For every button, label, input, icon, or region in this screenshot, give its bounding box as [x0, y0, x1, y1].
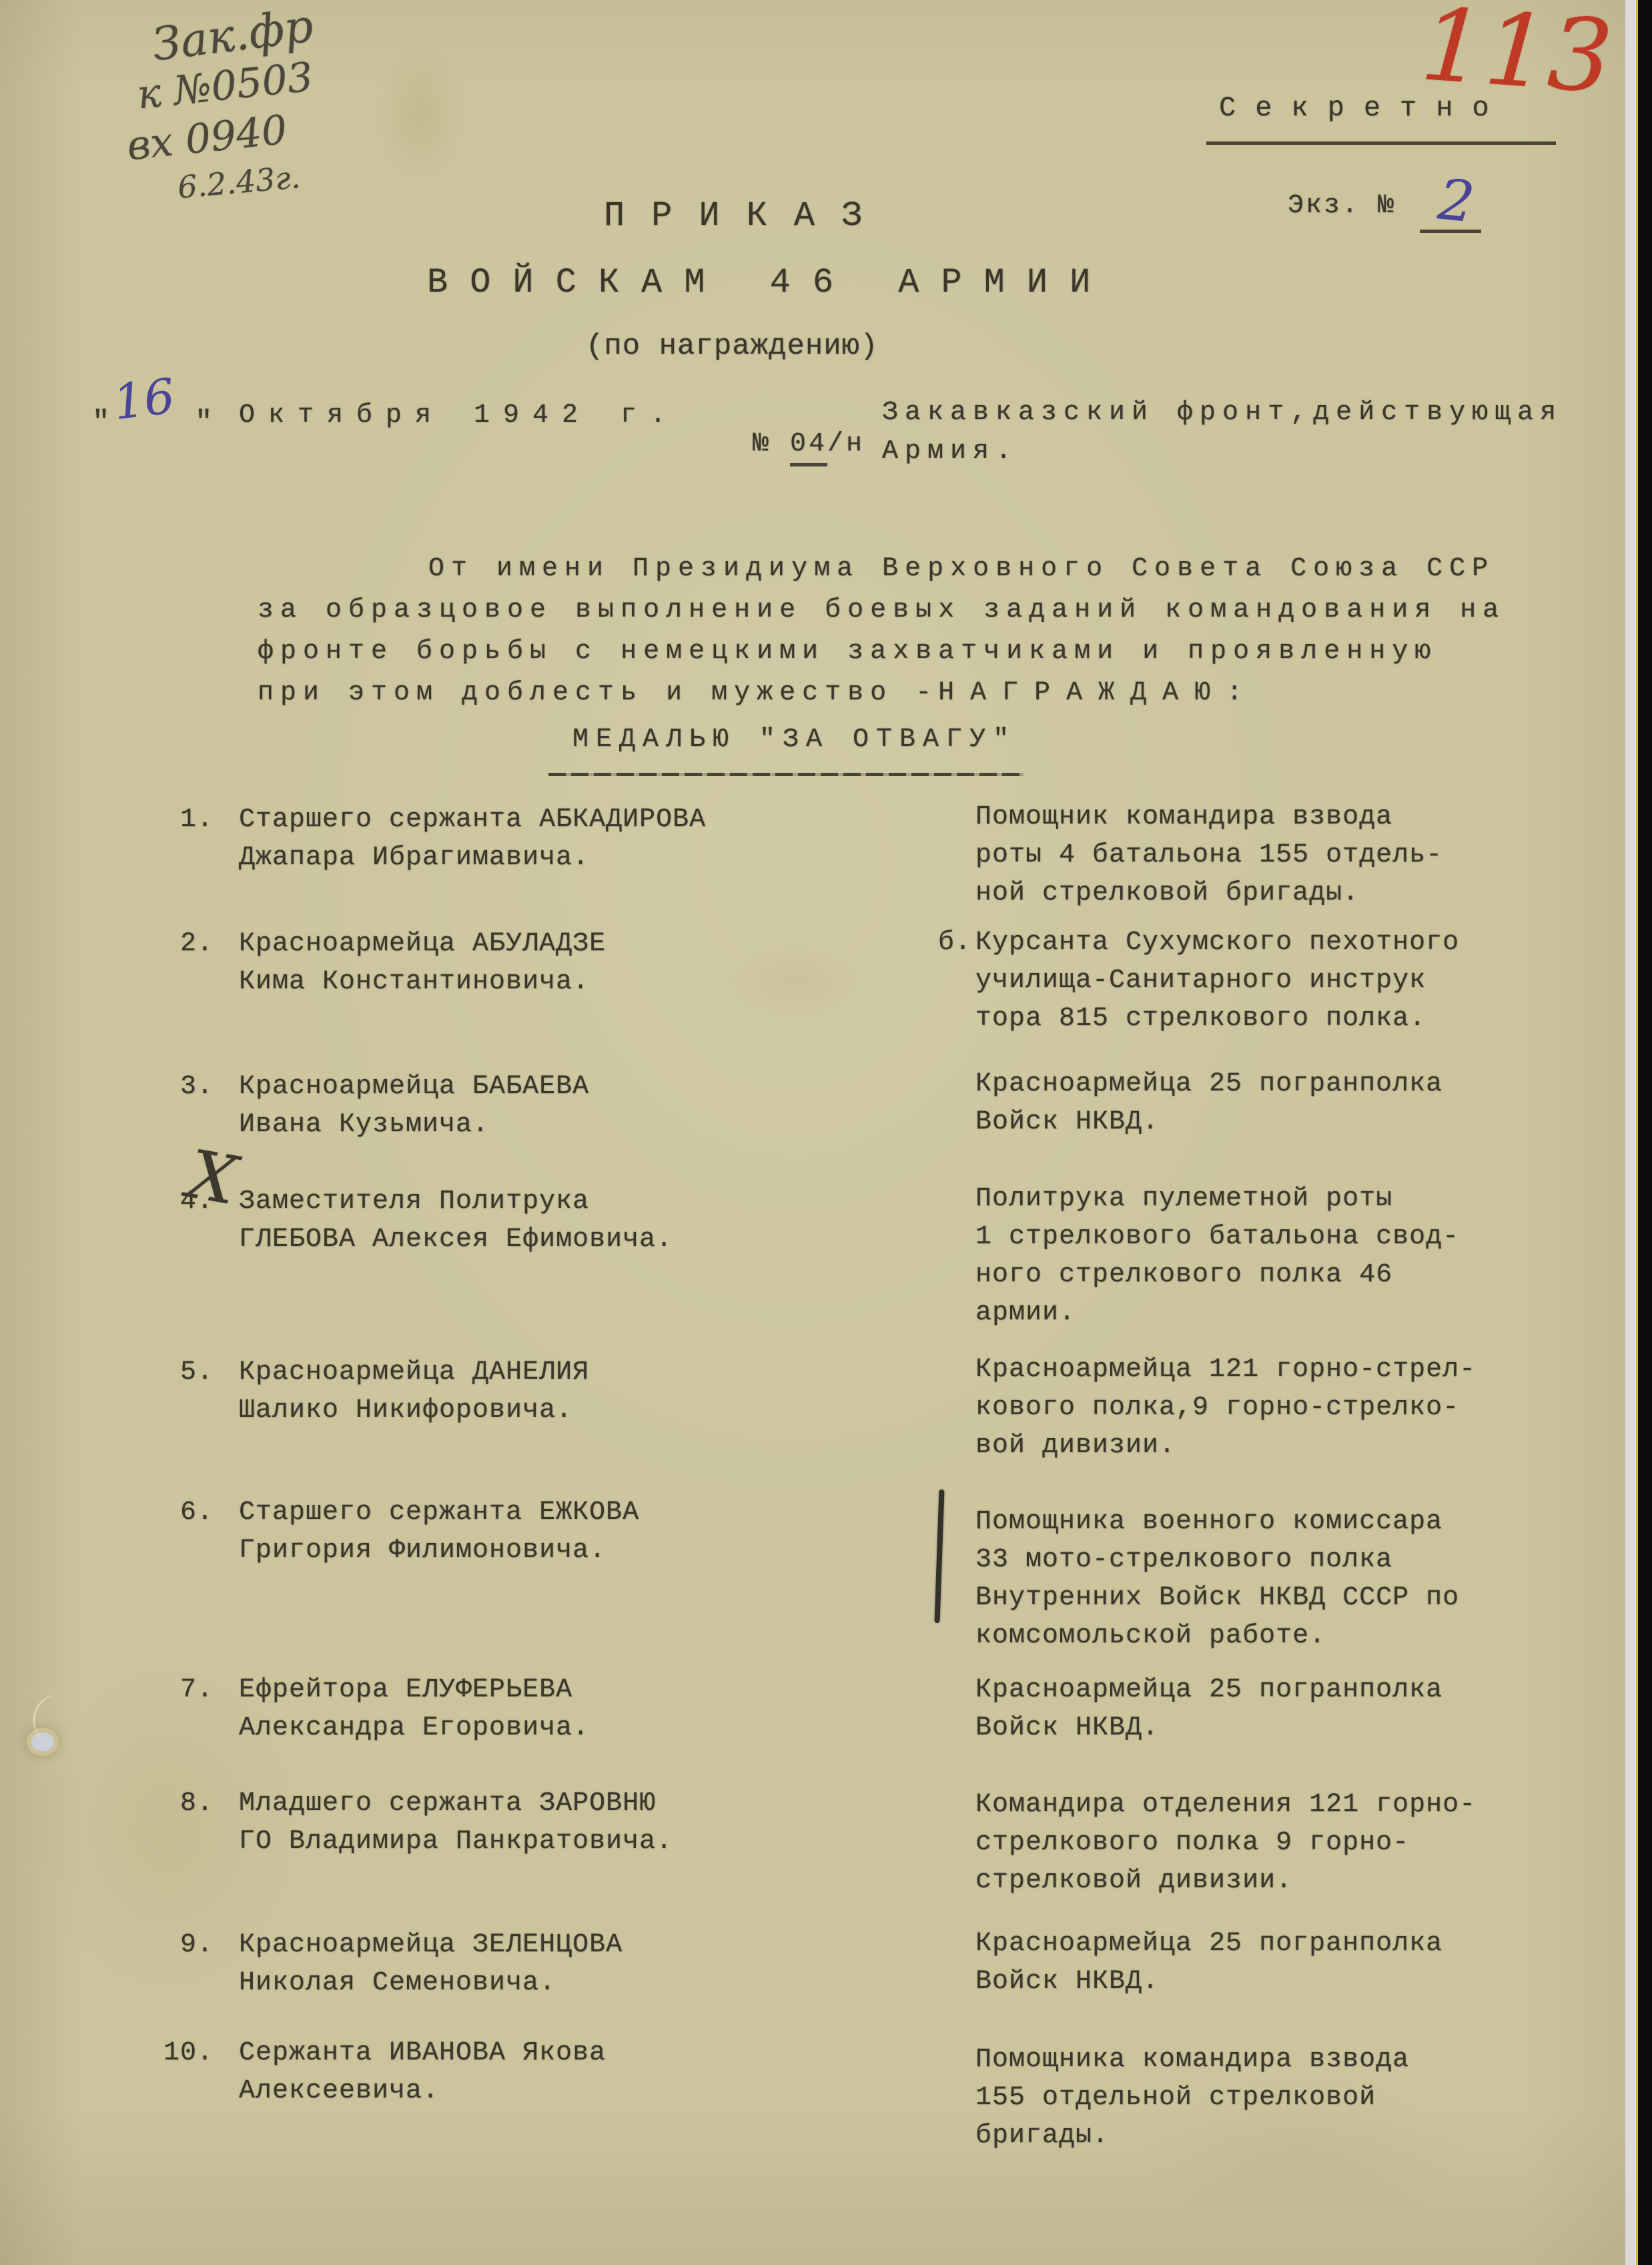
paper-stain	[374, 40, 467, 187]
award-entry-10-recipient: 10.Сержанта ИВАНОВА Якова Алексеевича.	[163, 2034, 831, 2110]
entry-name: Красноармейца ЗЕЛЕНЦОВА Николая Семенови…	[239, 1926, 847, 2002]
award-entry-9-recipient: 9.Красноармейца ЗЕЛЕНЦОВА Николая Семено…	[180, 1926, 847, 2002]
margin-stroke	[935, 1490, 945, 1623]
entry-name: Красноармейца АБУЛАДЗЕ Кима Константинов…	[239, 925, 847, 1001]
award-entry-6-position: Помощника военного комиссара 33 мото-стр…	[975, 1503, 1603, 1655]
entry-name: Старшего сержанта ЕЖКОВА Григория Филимо…	[239, 1494, 847, 1570]
entry-name: Младшего сержанта ЗАРОВНЮ ГО Владимира П…	[239, 1785, 847, 1861]
award-entry-4-recipient: 4.Заместителя Политрука ГЛЕБОВА Алексея …	[180, 1183, 847, 1259]
preamble-text: От имени Президиума Верховного Совета Со…	[258, 554, 1505, 708]
entry-number: 10.	[163, 2034, 239, 2110]
entry-number: 1.	[180, 801, 239, 877]
medal-heading-underline	[548, 773, 1023, 776]
award-entry-5-recipient: 5.Красноармейца ДАНЕЛИЯ Шалико Никифоров…	[180, 1353, 847, 1429]
award-entry-5-position: Красноармейца 121 горно-стрел- кового по…	[975, 1351, 1603, 1465]
date-quote-open: "	[92, 406, 109, 439]
order-number: № 04/н	[753, 399, 865, 459]
entry-number: 9.	[180, 1926, 239, 2002]
award-entry-6-recipient: 6.Старшего сержанта ЕЖКОВА Григория Фили…	[180, 1494, 847, 1570]
entry-name: Старшего сержанта АБКАДИРОВА Джапара Ибр…	[239, 801, 847, 877]
copy-number-handwritten: 2	[1435, 166, 1477, 235]
award-entry-7-recipient: 7.Ефрейтора ЕЛУФЕРЬЕВА Александра Егоров…	[180, 1671, 847, 1747]
entry-number: 7.	[180, 1671, 239, 1747]
date-text: Октября 1942 г.	[239, 400, 679, 430]
order-title: ПРИКАЗ	[604, 196, 889, 236]
page-edge-black	[1638, 0, 1652, 2265]
award-entry-10-position: Помощника командира взвода 155 отдельной…	[975, 2041, 1603, 2155]
award-entry-4-position: Политрука пулеметной роты 1 стрелкового …	[975, 1180, 1603, 1332]
entry-number: 3.	[180, 1068, 239, 1144]
award-word: НАГРАЖДАЮ:	[938, 678, 1258, 708]
award-entry-3-recipient: 3.Красноармейца БАБАЕВА Ивана Кузьмича.	[180, 1068, 847, 1144]
entry-name: Ефрейтора ЕЛУФЕРЬЕВА Александра Егорович…	[239, 1671, 847, 1747]
award-entry-2-recipient: 2.Красноармейца АБУЛАДЗЕ Кима Константин…	[180, 925, 847, 1001]
entry-number: 8.	[180, 1785, 239, 1861]
entry-name: Сержанта ИВАНОВА Якова Алексеевича.	[239, 2034, 831, 2110]
order-number-suffix: /н	[827, 429, 865, 459]
award-entry-3-position: Красноармейца 25 погранполка Войск НКВД.	[975, 1065, 1603, 1141]
award-entry-1-recipient: 1.Старшего сержанта АБКАДИРОВА Джапара И…	[180, 801, 847, 877]
medal-heading: МЕДАЛЬЮ "ЗА ОТВАГУ"	[572, 725, 1016, 755]
entry-number: 5.	[180, 1353, 239, 1429]
award-entry-1-position: Помощник командира взвода роты 4 батальо…	[975, 798, 1603, 912]
award-entry-8-recipient: 8.Младшего сержанта ЗАРОВНЮ ГО Владимира…	[180, 1785, 847, 1861]
award-entry-9-position: Красноармейца 25 погранполка Войск НКВД.	[975, 1925, 1603, 2001]
date-day-handwritten: 16	[110, 368, 177, 431]
preamble: От имени Президиума Верховного Совета Со…	[258, 549, 1599, 714]
entry-number: 2.	[180, 925, 239, 1001]
award-entry-8-position: Командира отделения 121 горно- стрелково…	[975, 1786, 1603, 1900]
scanned-order-document: Зак.фр к №0503 вх 0940 6.2.43г. 113 Секр…	[0, 0, 1652, 2265]
date-quote-close: "	[195, 406, 212, 439]
secrecy-label: Секретно	[1219, 92, 1509, 124]
entry-number: 6.	[180, 1494, 239, 1570]
entry-prefix: б.	[938, 924, 971, 962]
copy-label: Экз. №	[1288, 191, 1396, 221]
front-designation: Закавказский фронт,действующая Армия.	[882, 394, 1563, 471]
entry-name: Красноармейца БАБАЕВА Ивана Кузьмича.	[239, 1068, 847, 1144]
secrecy-underline	[1206, 141, 1556, 145]
order-addressee: ВОЙСКАМ 46 АРМИИ	[427, 263, 1112, 302]
award-entry-7-position: Красноармейца 25 погранполка Войск НКВД.	[975, 1671, 1603, 1747]
copy-number-underline	[1420, 230, 1481, 233]
award-entry-2-position: Курсанта Сухумского пехотного училища-Са…	[975, 924, 1603, 1038]
order-number-sign: №	[753, 429, 790, 459]
order-subtitle: (по награждению)	[586, 330, 878, 363]
registration-note-line-4: 6.2.43г.	[176, 159, 302, 206]
entry-name: Красноармейца ДАНЕЛИЯ Шалико Никифорович…	[239, 1353, 847, 1429]
entry-name: Заместителя Политрука ГЛЕБОВА Алексея Еф…	[239, 1183, 847, 1259]
order-number-value: 04	[790, 429, 827, 466]
